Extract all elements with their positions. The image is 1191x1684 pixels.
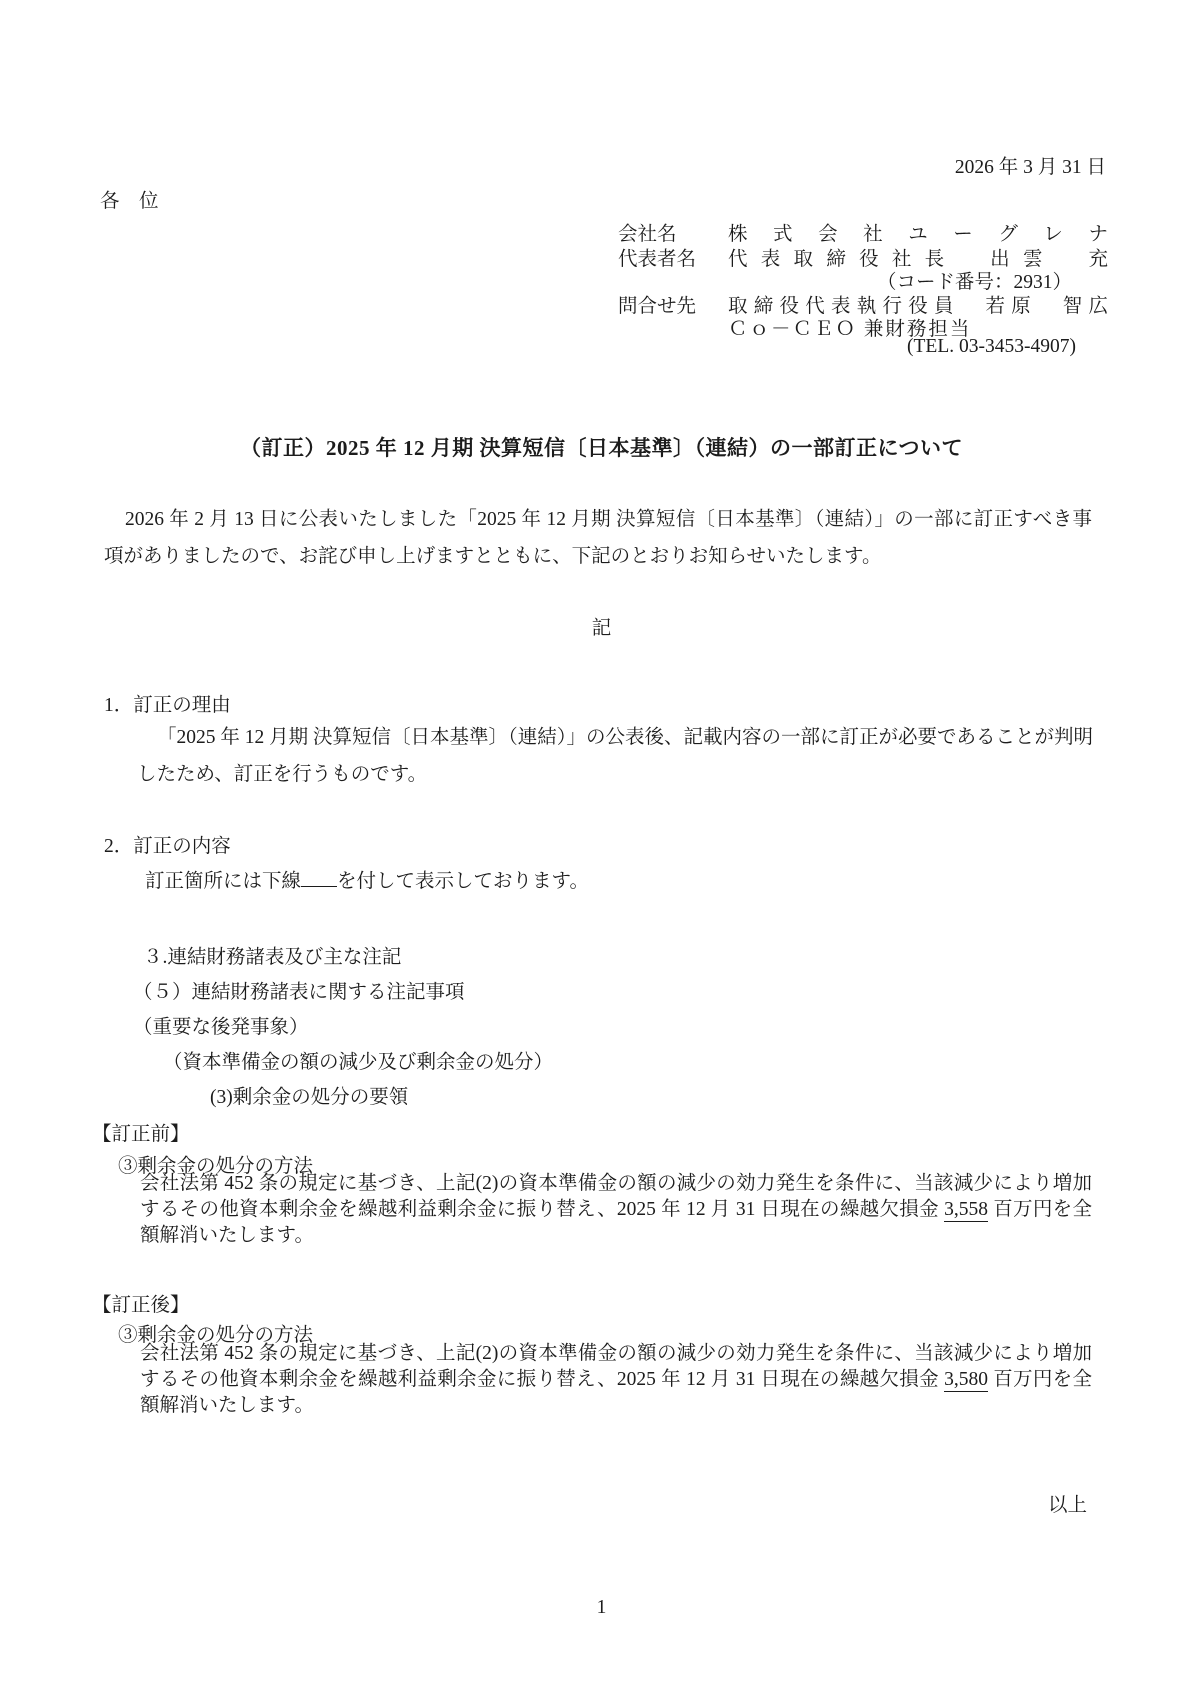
contact-tel: (TEL. 03-3453-4907) xyxy=(907,336,1076,358)
underline-note-after: を付して表示しております。 xyxy=(337,871,589,892)
underline-note-before: 訂正箇所には下線 xyxy=(145,871,301,892)
attachment-item5: （５）連結財務諸表に関する注記事項 xyxy=(133,976,465,1004)
closing-mark: 以上 xyxy=(1048,1489,1087,1517)
company-name-label: 会社名 xyxy=(618,218,677,246)
recipient: 各 位 xyxy=(100,185,159,213)
content-heading: 2．訂正の内容 xyxy=(104,830,231,858)
contact-label: 問合せ先 xyxy=(618,290,696,318)
document-title: （訂正）2025 年 12 月期 決算短信〔日本基準〕（連結）の一部訂正について xyxy=(100,432,1103,462)
page-number: 1 xyxy=(100,1597,1103,1619)
document-date: 2026 年 3 月 31 日 xyxy=(955,151,1106,179)
document-page: 2026 年 3 月 31 日 各 位 会社名 株式会社ユーグレナ 代表者名 代… xyxy=(0,0,1191,1684)
note-subsequent-event: （重要な後発事象） xyxy=(133,1011,309,1039)
intro-paragraph: 2026 年 2 月 13 日に公表いたしました「2025 年 12 月期 決算… xyxy=(104,501,1092,575)
ki-mark: 記 xyxy=(100,612,1103,640)
after-correction-label: 【訂正後】 xyxy=(92,1289,190,1317)
underline-note: 訂正箇所には下線を付して表示しております。 xyxy=(145,865,589,893)
before-amount: 3,558 xyxy=(944,1199,988,1222)
before-correction-label: 【訂正前】 xyxy=(92,1118,190,1146)
company-name-value: 株式会社ユーグレナ xyxy=(728,218,1108,246)
underline-sample xyxy=(301,884,337,887)
after-amount: 3,580 xyxy=(944,1369,988,1392)
note-surplus-outline: (3)剰余金の処分の要領 xyxy=(210,1081,408,1109)
attachment-item3: ３.連結財務諸表及び主な注記 xyxy=(143,941,401,969)
before-correction-body: 会社法第 452 条の規定に基づき、上記(2)の資本準備金の額の減少の効力発生を… xyxy=(140,1171,1092,1249)
note-capital-reserve: （資本準備金の額の減少及び剰余金の処分） xyxy=(163,1046,553,1074)
reason-heading: 1．訂正の理由 xyxy=(104,689,231,717)
representative-label: 代表者名 xyxy=(618,243,696,271)
reason-body: 「2025 年 12 月期 決算短信〔日本基準〕（連結）」の公表後、記載内容の一… xyxy=(137,719,1093,793)
after-correction-body: 会社法第 452 条の規定に基づき、上記(2)の資本準備金の額の減少の効力発生を… xyxy=(140,1341,1092,1419)
